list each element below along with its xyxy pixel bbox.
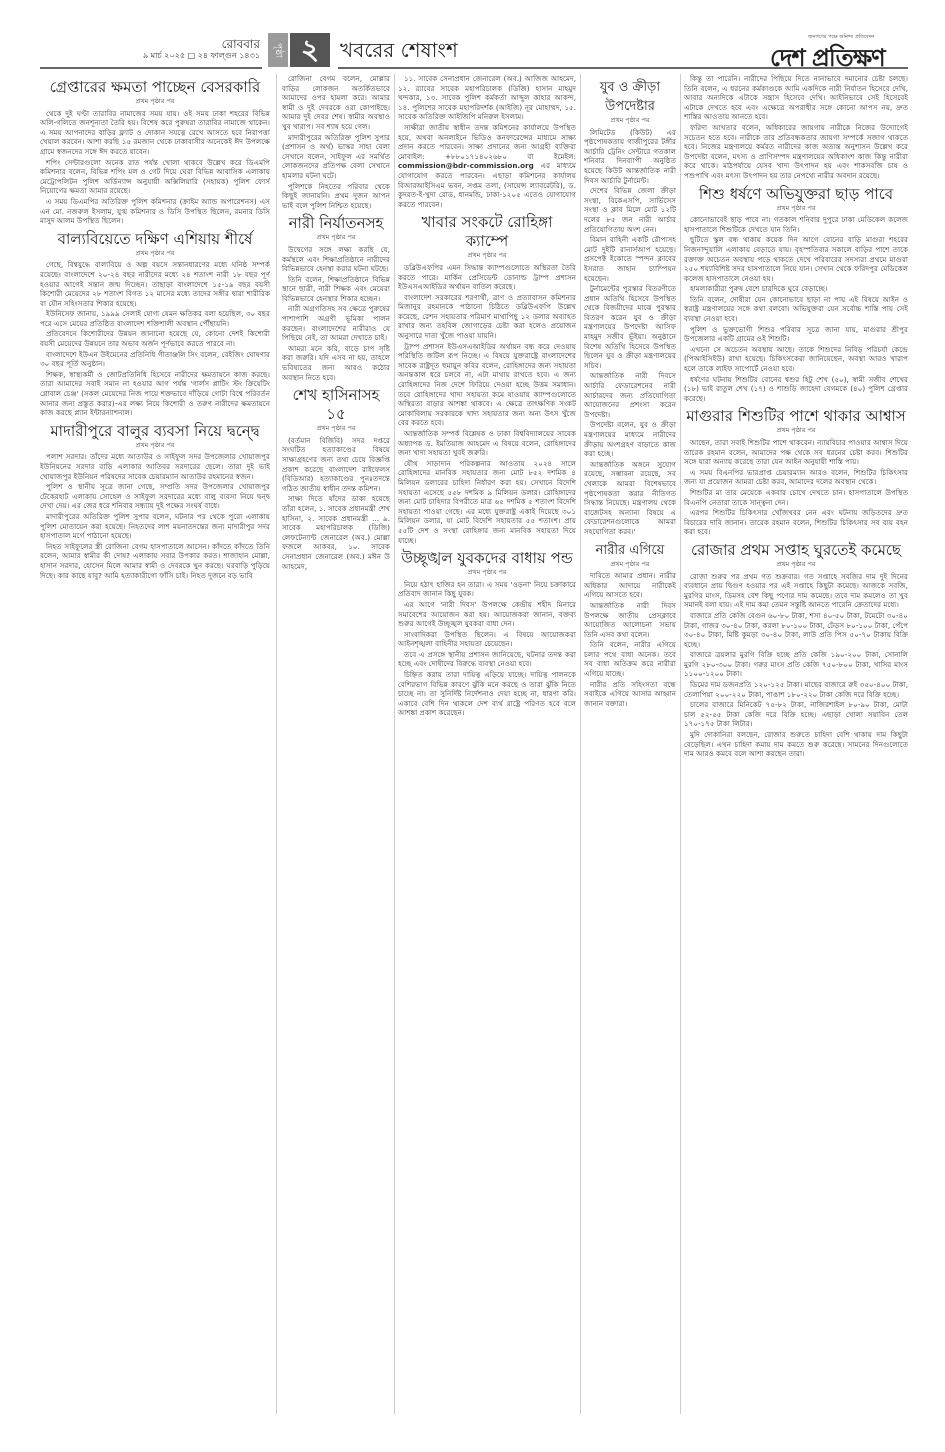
article-headline: মাদারীপুরে বালুর ব্যবসা নিয়ে দ্বন্দ্বে [40, 422, 270, 441]
column-divider [680, 74, 681, 1414]
article-paragraph: শিক্ষক, স্বাস্থ্যকর্মী ও জোটপ্রতিনিধি হি… [40, 370, 270, 418]
column-divider [394, 74, 395, 1414]
article-paragraph: মাদারীপুরের অতিরিক্ত পুলিশ সুপার (প্রশাস… [282, 133, 390, 181]
article-paragraph: রোজা শুরুর পর প্রথম গত শুক্রবার। গত সপ্ত… [684, 572, 908, 610]
article-headline: রোজার প্রথম সপ্তাহ ঘুরতেই কমেছে [684, 541, 908, 560]
article-byline: প্রথম পৃষ্ঠার পর [40, 97, 270, 107]
article-paragraph: গেছে, বিশ্বযুদ্ধে বাল্যবিয়ে ও অল্প বয়স… [40, 260, 270, 308]
article-paragraph: আন্তর্জাতিক অঙ্গনে সুযোগ রয়েছে, সম্ভাবন… [584, 460, 676, 537]
column-divider [580, 74, 581, 1414]
article-paragraph: নারী অগ্রগতিসহ সব ক্ষেত্রে পুরুষের পাশাপ… [282, 304, 390, 342]
masthead-rule-left [40, 67, 262, 69]
article-byline: প্রথম পৃষ্ঠার পর [684, 204, 908, 214]
article-paragraph: আছেন, তারা সবাই শিশুটির পাশে থাকবেন। ন্য… [684, 438, 908, 467]
article-headline: শিশু ধর্ষণে অভিযুক্তরা ছাড় পাবে [684, 185, 908, 204]
article-byline: প্রথম পৃষ্ঠার পর [684, 560, 908, 570]
article-byline: প্রথম পৃষ্ঠার পর [282, 424, 390, 434]
column-5: কিন্তু তা পারেনি। নারীদের পিছিয়ে দিতে ন… [684, 74, 908, 1414]
article-paragraph: হামলাকারীরা পুরুষ বেশে চারদিকে ঘুরে বেড়… [684, 284, 908, 294]
article-paragraph: আমরা মনে করি, বাড়ে চাপ সৃষ্টি করা জরুরি… [282, 344, 390, 382]
article-paragraph: পুলিশ ও ভুক্তভোগী শিশুর পরিবার সূত্রে জা… [684, 325, 908, 344]
article-paragraph: ১১. সাবেক সেনাপ্রধান জেনারেল (অব.) আজিজ … [398, 74, 576, 122]
article-byline: প্রথম পৃষ্ঠার পর [584, 116, 676, 126]
article-paragraph: নারীর প্রতি সহিংসতা বন্ধে সবাইকে এগিয়ে … [584, 680, 676, 709]
column-4: যুব ও ক্রীড়া উপদেষ্টার প্রথম পৃষ্ঠার পর… [584, 74, 676, 1414]
article-headline: যুব ও ক্রীড়া উপদেষ্টার [584, 78, 676, 116]
article-paragraph: এ সময় ডিএমপির অতিরিক্ত পুলিশ কমিশনার (ক… [40, 197, 270, 226]
article-madaripur-sand: মাদারীপুরে বালুর ব্যবসা নিয়ে দ্বন্দ্বে … [40, 422, 270, 580]
article-paragraph: চিহ্নিত করায় তারা দায়িত্ব এড়িয়ে যাচ্… [398, 670, 576, 718]
article-paragraph: বাংলাদেশ সরকারের শরণার্থী, ত্রাণ ও প্রত্… [398, 293, 576, 341]
article-paragraph: শপিং সেন্টারগুলো অনেক রাত পর্যন্ত খোলা থ… [40, 158, 270, 196]
article-paragraph: সাক্ষ্য দিতে যাঁদের ডাকা হয়েছে তাঁরা হল… [282, 494, 390, 571]
article-paragraph: ডিমের দাম ডজনপ্রতি ১২০-১২৫ টাকা। মাছের ব… [684, 680, 908, 699]
article-paragraph: বাজারে প্রতি কেজি বেগুন ৬০-৮০ টাকা, শসা … [684, 611, 908, 649]
article-magura-child: মাগুরার শিশুটির পাশে থাকার আশ্বাস প্রথম … [684, 407, 908, 537]
article-paragraph: চালের বাজারে মিনিকেট ৭৫-৮২ টাকা, নাজিরশা… [684, 700, 908, 729]
article-headline: গ্রেপ্তারের ক্ষমতা পাচ্ছেন বেসরকারি [40, 78, 270, 97]
masthead-rule-right [338, 67, 908, 69]
article-paragraph: মুদি দোকানিরা বলছেন, রোজার শুরুতে চাহিদা… [684, 730, 908, 759]
column-1: গ্রেপ্তারের ক্ষমতা পাচ্ছেন বেসরকারি প্রথ… [40, 74, 270, 1414]
article-paragraph: কিন্তু তা পারেনি। নারীদের পিছিয়ে দিতে ন… [684, 74, 908, 122]
article-paragraph: পুলিশ ও স্থানীয় সূত্রে জানা গেছে, সম্প্… [40, 482, 270, 511]
article-paragraph: বিমান বাহিনী একটি রৌপ্যসহ মোট দুইটি রানা… [584, 235, 676, 283]
article-paragraph: দেশের বিভিন্ন জেলা ক্রীড়া সংস্থা, বিকেএ… [584, 186, 676, 234]
article-paragraph: টুর্নামেন্টের পুরস্কার বিতরণীতে প্রধান অ… [584, 284, 676, 370]
article-paragraph: ফরিদা আখতার বলেন, অধিকারের জায়গায় নারী… [684, 123, 908, 181]
article-paragraph: দাবিতে আমার প্রধান। নারীর অধিকার আদায়ে … [584, 571, 676, 600]
article-child-marriage: বাল্যবিয়েতে দক্ষিণ এশিয়ায় শীর্ষে প্রথ… [40, 230, 270, 418]
article-paragraph: ইউনিসেফ জানায়, ১৯৯৯ সেলাই যোগ্য যেমন ক্… [40, 309, 270, 328]
article-paragraph: ছুটিতে স্কুল বন্ধ থাকায় কয়েক দিন আগে ব… [684, 235, 908, 283]
article-byline: প্রথম পৃষ্ঠার পর [398, 568, 576, 578]
article-sheikh-hasina: শেখ হাসিনাসহ ১৫ প্রথম পৃষ্ঠার পর (বর্তমা… [282, 386, 390, 571]
article-paragraph: বাংলাদেশে ইউএন উইমেনের প্রতিনিধি গীতাঞ্জ… [40, 350, 270, 369]
article-unruly-youth: উচ্ছৃঙ্খল যুবকদের বাধায় পন্ড প্রথম পৃষ্… [398, 549, 576, 718]
article-paragraph: তিনি বলেন, দোষীরা যেন কোনোভাবে ছাড়া না … [684, 295, 908, 324]
article-paragraph: আন্তর্জাতিক নারী দিবস উপলক্ষে জাতীয় প্র… [584, 601, 676, 639]
article-byline: প্রথম পৃষ্ঠার পর [684, 426, 908, 436]
page-label: পৃষ্ঠা [268, 33, 288, 67]
article-paragraph: ডব্লিউএফপির এমন সিদ্ধান্ত ক্যাম্পগুলোতে … [398, 263, 576, 292]
article-paragraph: যৌথ সাড়াদান পরিকল্পনার আওতায় ২০২৪ সালে… [398, 459, 576, 545]
article-paragraph: মাদারীপুরের অতিরিক্ত পুলিশ সুপার বলেন, ঘ… [40, 512, 270, 541]
article-paragraph: আন্তর্জাতিক নারী দিবসে আর্চারি ফেডারেশনে… [584, 371, 676, 419]
page-number: ২ [290, 33, 330, 67]
article-paragraph: বাজারে ব্রয়লার মুরগি বিক্রি হচ্ছে প্রতি… [684, 650, 908, 679]
commission-email-link[interactable]: commission@bdr-commission.org [398, 161, 534, 170]
article-paragraph: আন্তর্জাতিক সম্পর্ক বিশ্লেষক ও ঢাকা বিশ্… [398, 429, 576, 458]
article-paragraph: উদ্বেগের সঙ্গে লক্ষ্য করছি যে, কর্মস্থলে… [282, 245, 390, 274]
article-paragraph: এ সময় বিএনপির ভারপ্রাপ্ত চেয়ারম্যান আর… [684, 468, 908, 487]
article-paragraph: নিহত সাইফুলের স্ত্রী রোজিনা বেগম হাসপাতা… [40, 542, 270, 580]
article-women-forward-continued: কিন্তু তা পারেনি। নারীদের পিছিয়ে দিতে ন… [684, 74, 908, 181]
article-paragraph: কোনোভাবেই ছাড় পাবে না। গতকাল শনিবার দুপ… [684, 215, 908, 234]
article-byline: প্রথম পৃষ্ঠার পর [40, 441, 270, 451]
article-headline: মাগুরার শিশুটির পাশে থাকার আশ্বাস [684, 407, 908, 426]
article-byline: প্রথম পৃষ্ঠার পর [40, 249, 270, 259]
column-2: রোজিনা বেগম বলেন, মোল্লার বাড়ির লোকজন অ… [282, 74, 390, 1414]
article-child-rape: শিশু ধর্ষণে অভিযুক্তরা ছাড় পাবে প্রথম প… [684, 185, 908, 404]
article-paragraph: এখনো সে অচেতন অবস্থায় আছে। তাকে শিশুদের… [684, 345, 908, 374]
article-paragraph: ট্রাম্প প্রশাসন ইউএসএআইডির অর্থায়ন বন্ধ… [398, 342, 576, 428]
article-paragraph: প্রতিবেদনে কিশোরীদের উন্নয়ন জানানো হয়ে… [40, 329, 270, 348]
article-arrest-power: গ্রেপ্তারের ক্ষমতা পাচ্ছেন বেসরকারি প্রথ… [40, 78, 270, 226]
article-paragraph: উপদেষ্টা বলেন, যুব ও ক্রীড়া মন্ত্রণালয়… [584, 420, 676, 458]
article-youth-sports-adviser: যুব ও ক্রীড়া উপদেষ্টার প্রথম পৃষ্ঠার পর… [584, 78, 676, 537]
article-paragraph: নিয়ে হঠাৎ হাজির হন তারা। এ সময় 'ওড়না'… [398, 580, 576, 599]
article-paragraph: লিমিটেড (কিউট) এর পৃষ্ঠপোষকতায় গাজীপুরে… [584, 128, 676, 186]
article-ramadan-prices: রোজার প্রথম সপ্তাহ ঘুরতেই কমেছে প্রথম পৃ… [684, 541, 908, 759]
article-byline: প্রথম পৃষ্ঠার পর [398, 251, 576, 261]
article-women-forward: নারীর এগিয়ে প্রথম পৃষ্ঠার পর দাবিতে আমা… [584, 541, 676, 709]
article-paragraph: তিনি বলেন, নারীর এগিয়ে চলার পথে বাধা অন… [584, 640, 676, 678]
article-headline: বাল্যবিয়েতে দক্ষিণ এশিয়ায় শীর্ষে [40, 230, 270, 249]
column-3: ১১. সাবেক সেনাপ্রধান জেনারেল (অব.) আজিজ … [398, 74, 576, 1414]
article-paragraph: এর আগে 'নারী দিবস' উপলক্ষে কেন্দ্রীয় শহ… [398, 600, 576, 629]
article-byline: প্রথম পৃষ্ঠার পর [584, 560, 676, 570]
article-sheikh-hasina-continued: ১১. সাবেক সেনাপ্রধান জেনারেল (অব.) আজিজ … [398, 74, 576, 209]
article-paragraph: এরপর শিশুটির চিকিৎসার খোঁজখবর নেন এবং ঘট… [684, 508, 908, 537]
article-headline: শেখ হাসিনাসহ ১৫ [282, 386, 390, 424]
publication-date: ৯ মার্চ ২০২৫ □ ২৪ ফাল্গুন ১৪৩১ [60, 50, 260, 63]
section-title: খবরের শেষাংশ [340, 36, 458, 69]
article-paragraph: তবে এ প্রসঙ্গে স্থানীয় প্রশাসন জানিয়েছ… [398, 650, 576, 669]
article-paragraph: সাক্ষীরা জাতীয় স্বাধীন তদন্ত কমিশনের কা… [398, 123, 576, 209]
article-byline: প্রথম পৃষ্ঠার পর [282, 233, 390, 243]
article-paragraph: রোজিনা বেগম বলেন, মোল্লার বাড়ির লোকজন অ… [282, 74, 390, 132]
article-headline: নারী নির্যাতনসহ [282, 214, 390, 233]
article-rohingya-food: খাবার সংকটে রোহিঙ্গা ক্যাম্পে প্রথম পৃষ্… [398, 213, 576, 545]
article-headline: খাবার সংকটে রোহিঙ্গা ক্যাম্পে [398, 213, 576, 251]
article-paragraph: পুলিশকে নিহতের পরিবার থেকে কিছুই জানায়ন… [282, 182, 390, 211]
article-text: সাক্ষীরা জাতীয় স্বাধীন তদন্ত কমিশনের কা… [398, 123, 576, 161]
article-paragraph: থেকে দুই ঘণ্টা তারাবির নামাজের সময় যায়… [40, 109, 270, 157]
column-divider [276, 74, 277, 1414]
article-paragraph: সাংবাদিকরা উপস্থিত ছিলেন। এ বিষয়ে আয়োজ… [398, 630, 576, 649]
article-paragraph: শিশুটির মা তার মেয়েকে একবার চোখে দেখতে … [684, 488, 908, 507]
article-paragraph: তিনি বলেন, শিক্ষাপ্রতিষ্ঠানে বিভিন্ন স্থ… [282, 275, 390, 304]
article-paragraph: (বর্তমান বিজিবি) সদর দপ্তরে সংঘটিত হত্যা… [282, 436, 390, 494]
article-paragraph: পলাশ সরদার। তাঁদের মধ্যে আতাউর ও সাইফুল … [40, 452, 270, 481]
article-women-oppression: নারী নির্যাতনসহ প্রথম পৃষ্ঠার পর উদ্বেগে… [282, 214, 390, 382]
article-paragraph: ধর্ষণের ঘটনায় শিশুটির বোনের শ্বশুর হিটু… [684, 375, 908, 404]
article-headline: নারীর এগিয়ে [584, 541, 676, 560]
article-madaripur-continued: রোজিনা বেগম বলেন, মোল্লার বাড়ির লোকজন অ… [282, 74, 390, 210]
article-headline: উচ্ছৃঙ্খল যুবকদের বাধায় পন্ড [398, 549, 576, 568]
